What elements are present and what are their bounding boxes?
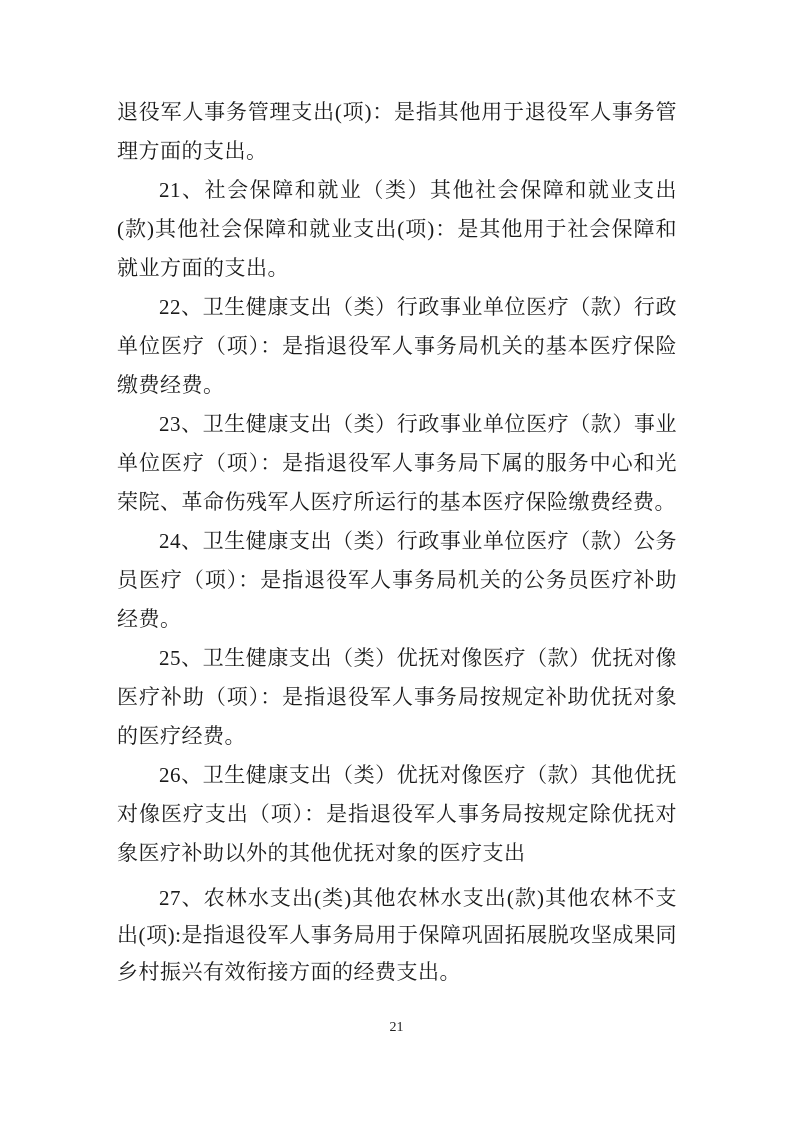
paragraph-item-25: 25、卫生健康支出（类）优抚对像医疗（款）优抚对像医疗补助（项）：是指退役军人事… [117, 639, 677, 756]
document-page: 退役军人事务管理支出(项)：是指其他用于退役军人事务管理方面的支出。 21、社会… [0, 0, 793, 1122]
paragraph-item-26: 26、卫生健康支出（类）优抚对像医疗（款）其他优抚对像医疗支出（项）：是指退役军… [117, 756, 677, 873]
page-number: 21 [0, 1020, 793, 1036]
paragraph-item-24: 24、卫生健康支出（类）行政事业单位医疗（款）公务员医疗（项）：是指退役军人事务… [117, 522, 677, 639]
paragraph-item-27: 27、农林水支出(类)其他农林水支出(款)其他农林不支出(项):是指退役军人事务… [117, 880, 677, 991]
paragraph-item-21: 21、社会保障和就业（类）其他社会保障和就业支出(款)其他社会保障和就业支出(项… [117, 171, 677, 288]
paragraph-item-22: 22、卫生健康支出（类）行政事业单位医疗（款）行政单位医疗（项）：是指退役军人事… [117, 288, 677, 405]
paragraph-continuation: 退役军人事务管理支出(项)：是指其他用于退役军人事务管理方面的支出。 [117, 93, 677, 171]
paragraph-item-23: 23、卫生健康支出（类）行政事业单位医疗（款）事业单位医疗（项）：是指退役军人事… [117, 405, 677, 522]
text-content: 退役军人事务管理支出(项)：是指其他用于退役军人事务管理方面的支出。 21、社会… [117, 93, 677, 991]
